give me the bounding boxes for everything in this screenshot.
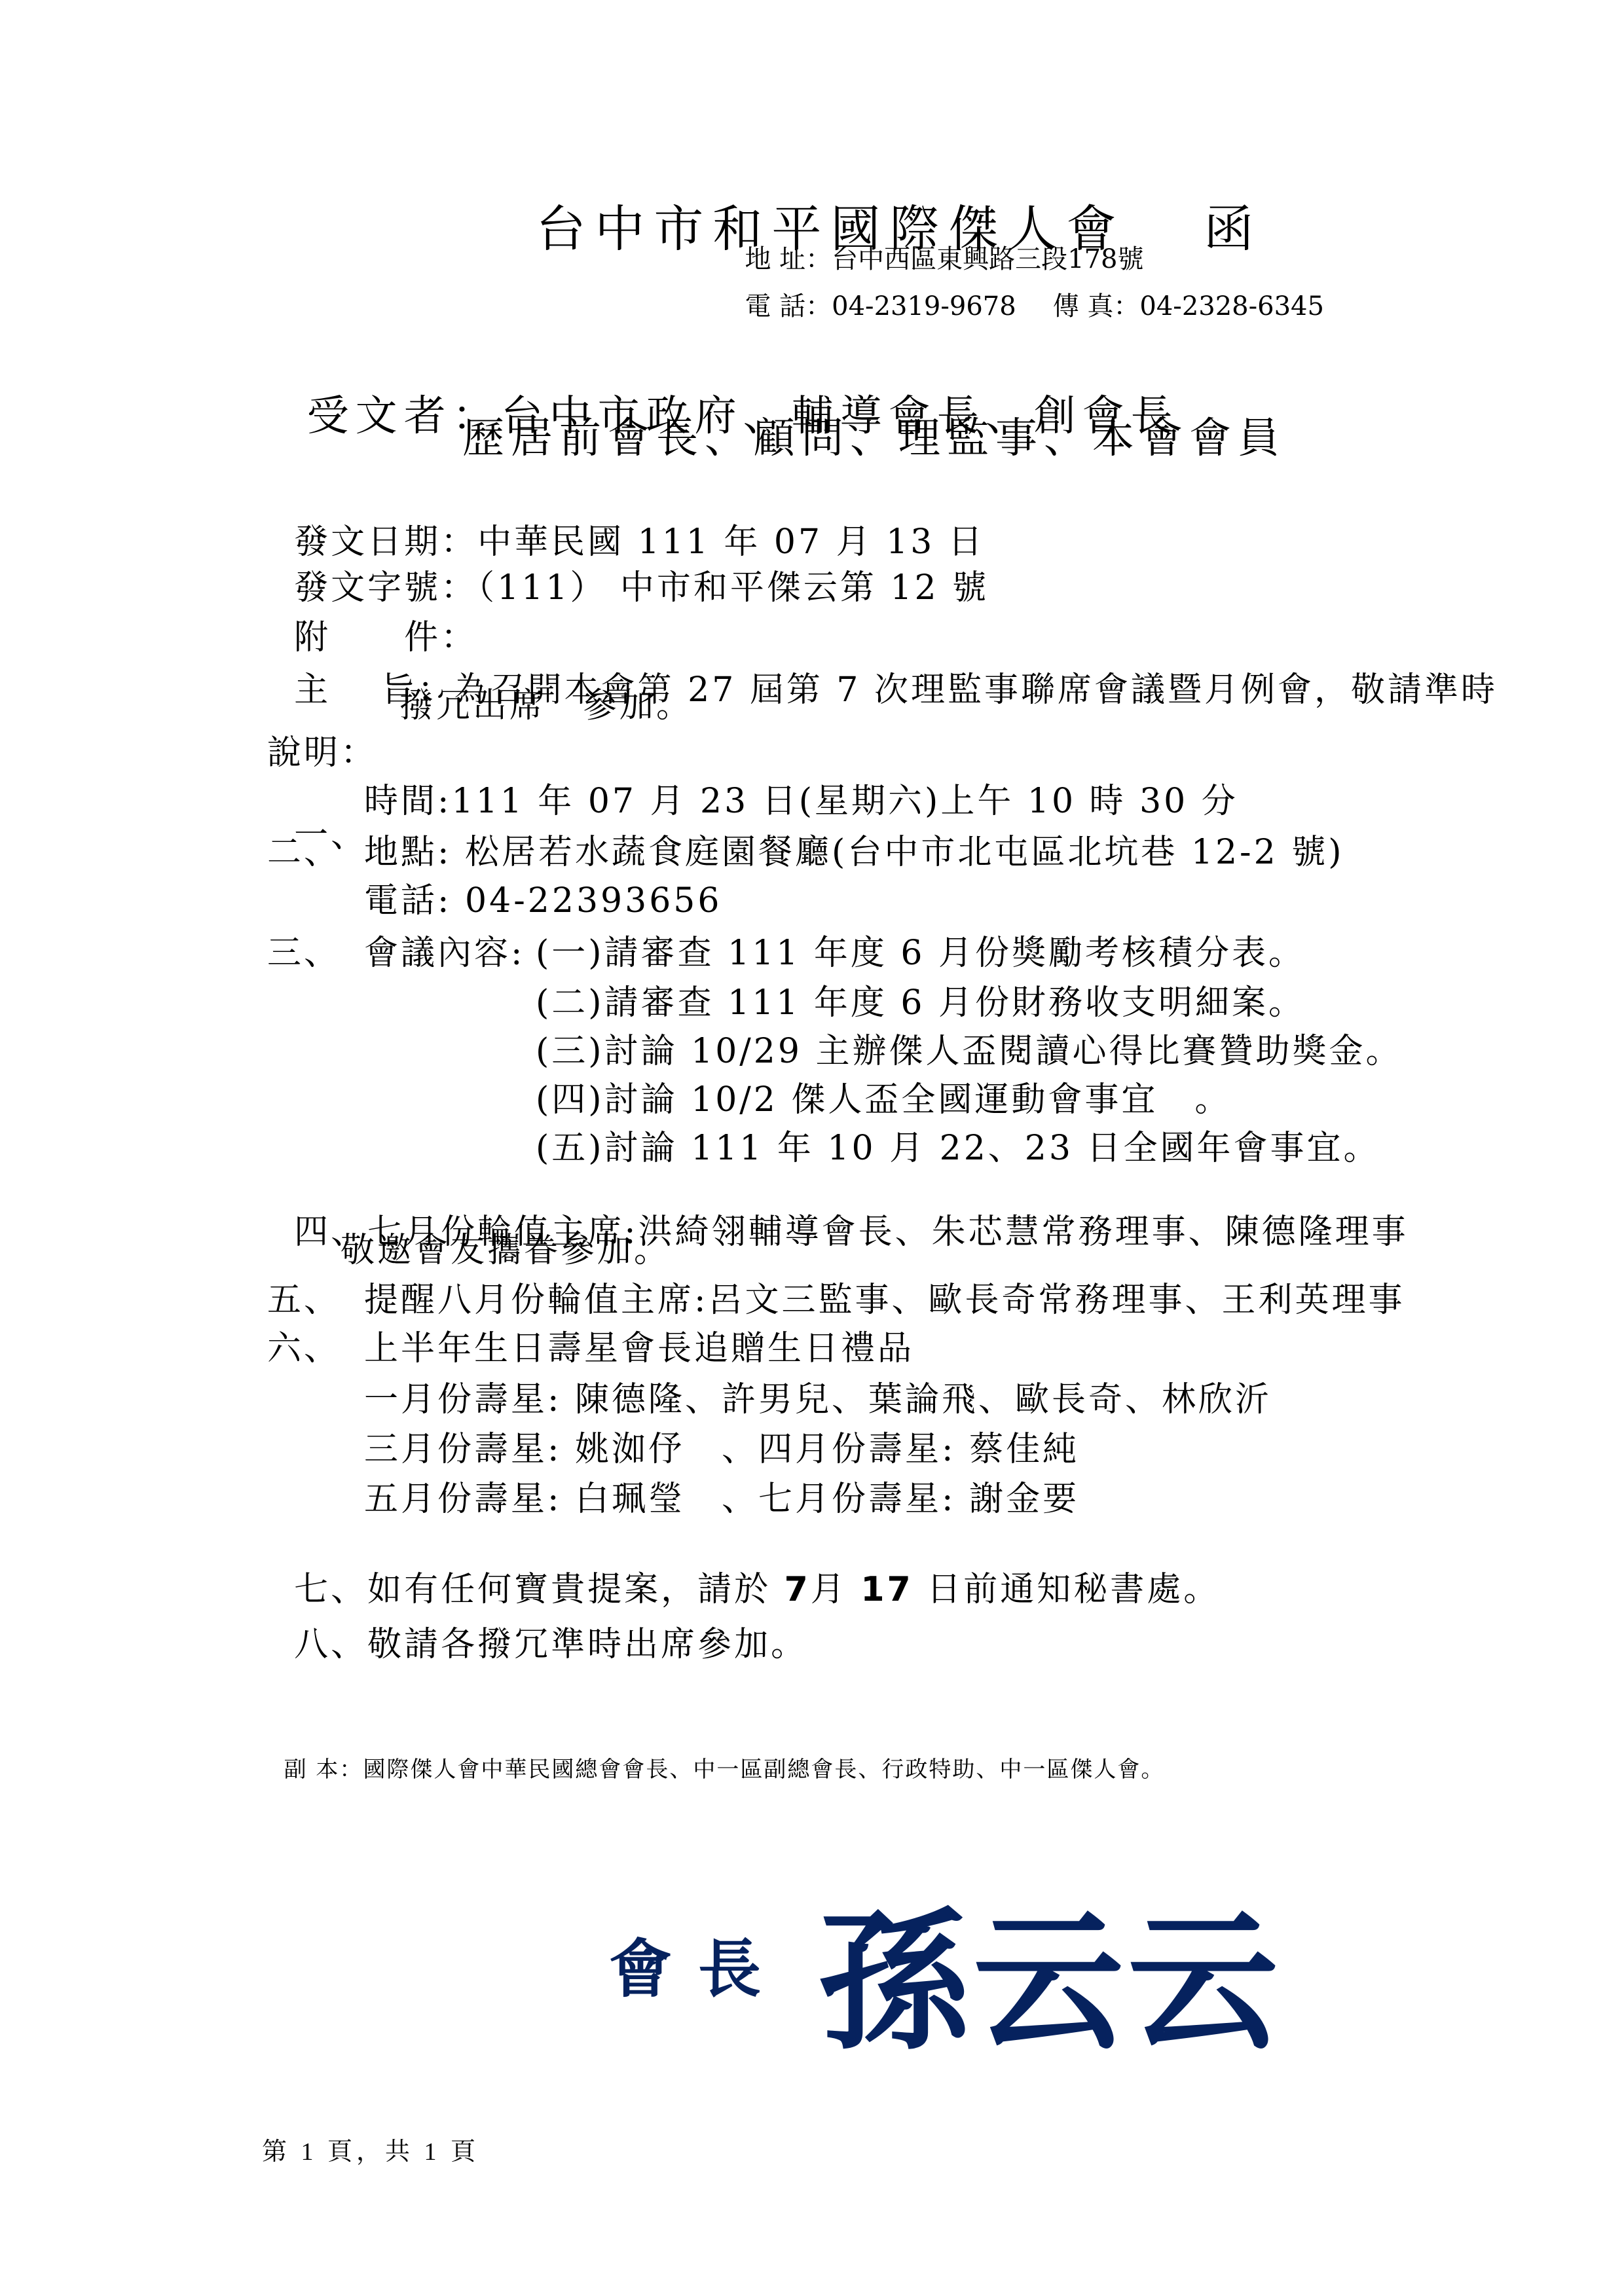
item-3-text: 會議內容: xyxy=(364,936,525,970)
birthday-row: 三月份壽星: 姚洳伃 、四月份壽星: 蔡佳純 xyxy=(364,1432,1079,1467)
doc-type: 函 xyxy=(1204,200,1263,258)
item-2: 二、 xyxy=(267,835,341,869)
birthday-row: 一月份壽星: 陳德隆、許男兒、葉論飛、歐長奇、林欣沂 xyxy=(364,1383,1272,1417)
org-fax: 04-2328-6345 xyxy=(1139,291,1324,321)
explanation-label: 說明： xyxy=(267,736,377,770)
subject-line2: 撥冗出席 參加。 xyxy=(399,689,693,723)
item-6: 六、 xyxy=(267,1332,341,1366)
item-4-sub: 敬邀會友攜眷參加。 xyxy=(341,1233,671,1267)
item-3: 三、 xyxy=(267,936,341,970)
item-8: 八、敬請各撥冗準時出席參加。 xyxy=(267,1594,807,1662)
item-5-text: 提醒八月份輪值主席:呂文三監事、歐長奇常務理事、王利英理事 xyxy=(364,1283,1405,1317)
agenda-item: (一)請審查 111 年度 6 月份獎勵考核積分表。 xyxy=(536,936,1305,970)
agenda-item: (二)請審查 111 年度 6 月份財務收支明細案。 xyxy=(536,986,1305,1020)
org-contact: 電 話：04-2319-9678傳 真：04-2328-6345 xyxy=(728,267,1324,319)
deadline-day: 17 xyxy=(860,1570,913,1609)
agenda-item: (三)討論 10/29 主辦傑人盃閱讀心得比賽贊助獎金。 xyxy=(536,1034,1403,1068)
recipients-line2: 歷居前會長、顧問、理監事、本會會員 xyxy=(462,418,1286,460)
org-address: 地 址：台中西區東興路三段178號 xyxy=(728,220,1144,272)
agenda-item: (四)討論 10/2 傑人盃全國運動會事宜 。 xyxy=(536,1083,1231,1117)
signature-name: 孫云云 xyxy=(819,1908,1282,2059)
item-2-text: 地點: 松居若水蔬食庭園餐廳(台中市北屯區北坑巷 12-2 號) xyxy=(364,835,1344,869)
org-phone: 04-2319-9678 xyxy=(832,291,1016,321)
item-2-phone: 電話: 04-22393656 xyxy=(364,884,722,918)
item-1-text: 時間:111 年 07 月 23 日(星期六)上午 10 時 30 分 xyxy=(364,784,1238,818)
signature-title: 會長 xyxy=(609,1938,787,2001)
birthday-row: 五月份壽星: 白珮瑩 、七月份壽星: 謝金要 xyxy=(364,1482,1079,1516)
item-6-text: 上半年生日壽星會長追贈生日禮品 xyxy=(364,1332,914,1366)
agenda-item: (五)討論 111 年 10 月 22、23 日全國年會事宜。 xyxy=(536,1131,1380,1165)
carbon-copy: 副 本：國際傑人會中華民國總會會長、中一區副總會長、行政特助、中一區傑人會。 xyxy=(267,1736,1164,1781)
item-5: 五、 xyxy=(267,1283,341,1317)
page-number: 第 1 頁，共 1 頁 xyxy=(262,2140,479,2164)
